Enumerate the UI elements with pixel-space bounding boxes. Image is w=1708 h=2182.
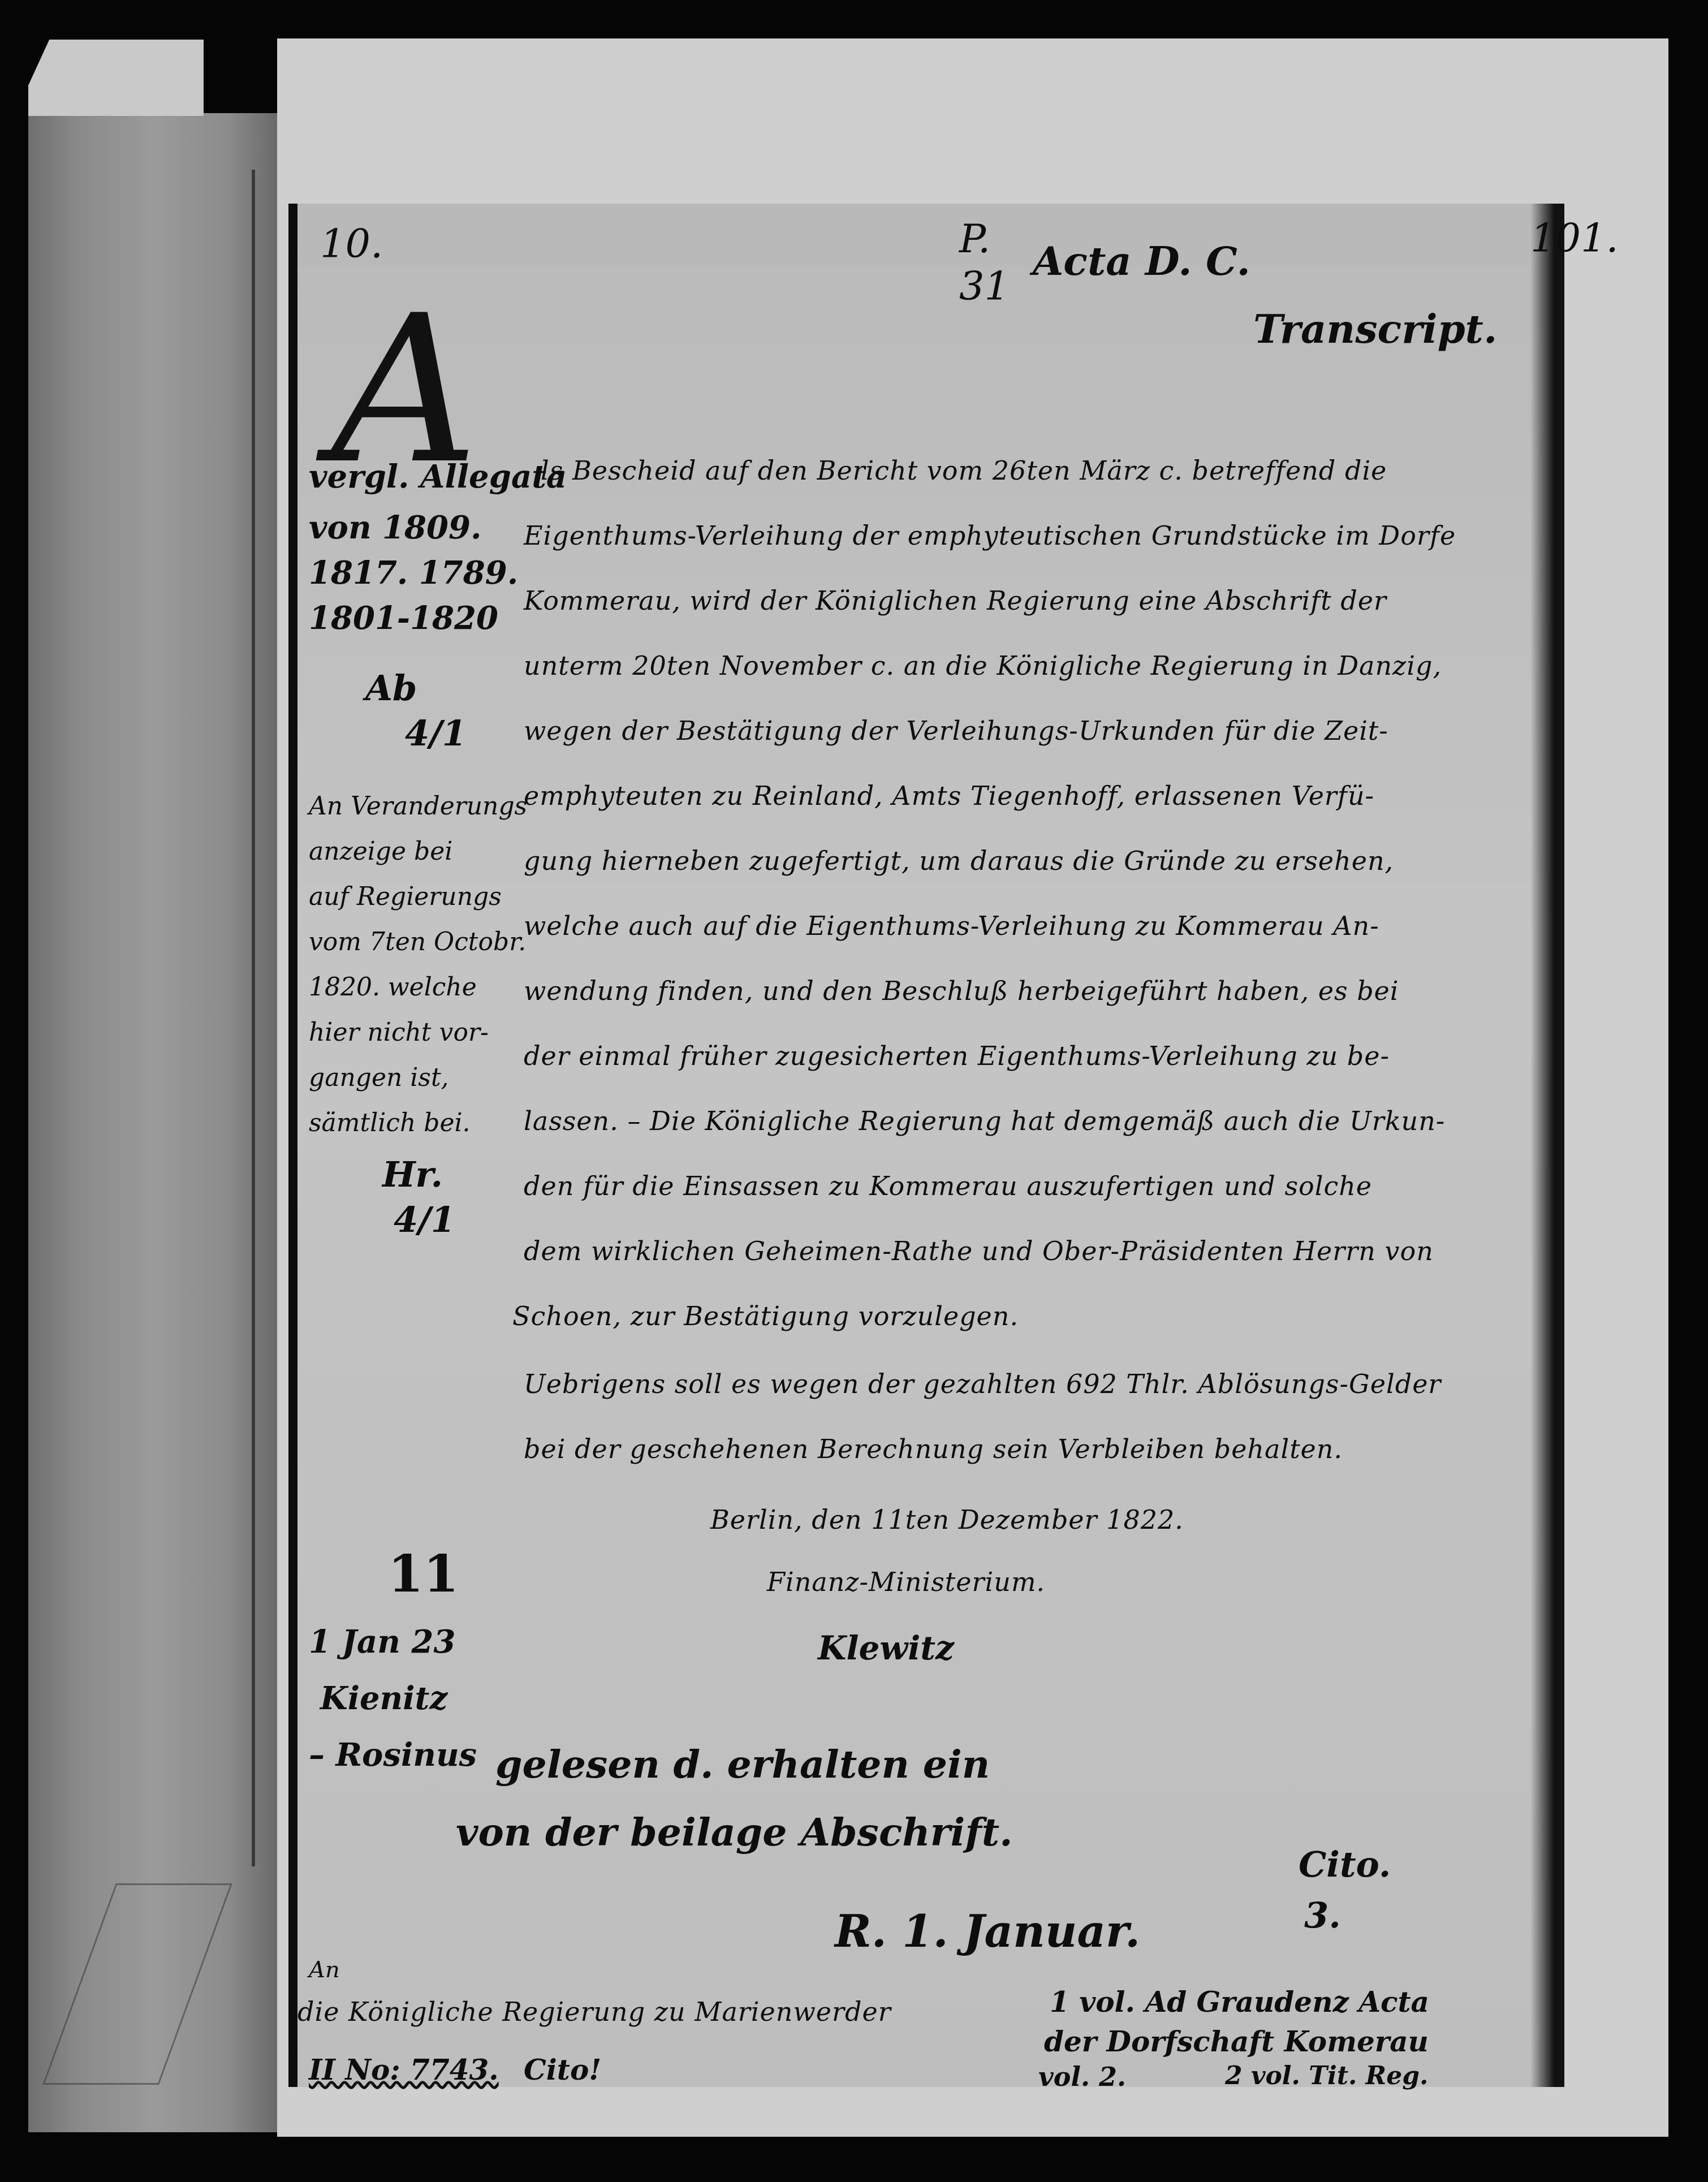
journal-number: II No: 7743. <box>309 2053 499 2086</box>
registry-name-1: Kienitz <box>320 1680 447 1717</box>
margin-note-line: Hr. <box>382 1154 443 1195</box>
margin-note-line: sämtlich bei. <box>309 1109 471 1137</box>
margin-note-line: 1820. welche <box>309 973 477 1002</box>
body-line: Kommerau, wird der Königlichen Regierung… <box>524 585 1387 616</box>
book-binding <box>28 113 277 2132</box>
body-line: unterm 20ten November c. an die Königlic… <box>524 650 1442 681</box>
folio-number-left: 10. <box>320 221 383 267</box>
margin-note-line: vom 7ten Octobr. <box>309 928 526 956</box>
registry-instruction: gelesen d. erhalten ein <box>495 1742 990 1787</box>
body-line: der einmal früher zugesicherten Eigenthu… <box>524 1041 1390 1071</box>
margin-year: von 1809. <box>309 509 481 546</box>
margin-reference: vergl. Allegata <box>309 458 567 495</box>
registry-name-2: – Rosinus <box>309 1736 477 1774</box>
body-line: dem wirklichen Geheimen-Rathe und Ober-P… <box>524 1236 1434 1266</box>
registry-mark: 11 <box>388 1544 459 1604</box>
document-page: 10. 101. P. 31 Acta D. C. Transcript. A … <box>288 204 1559 2087</box>
act-reference: Acta D. C. <box>1033 238 1250 284</box>
address-cito: Cito! <box>524 2053 601 2086</box>
address-salutation: An <box>309 1957 340 1983</box>
address-recipient: die Königliche Regierung zu Marienwerder <box>297 1996 891 2027</box>
margin-note-line: 4/1 <box>394 1199 455 1240</box>
margin-year: 1801-1820 <box>309 600 498 637</box>
body-line: welche auch auf die Eigenthums-Verleihun… <box>524 911 1379 941</box>
body-line: wendung finden, und den Beschluß herbeig… <box>524 976 1399 1006</box>
body-line: Eigenthums-Verleihung der emphyteutische… <box>524 520 1456 551</box>
margin-fraction: 4/1 <box>405 713 467 754</box>
body-line: Schoen, zur Bestätigung vorzulegen. <box>512 1301 1019 1331</box>
margin-note-line: auf Regierungs <box>309 882 502 911</box>
registry-date: 1 Jan 23 <box>309 1623 455 1661</box>
body-line: emphyteuten zu Reinland, Amts Tiegenhoff… <box>524 780 1374 811</box>
body-line: lassen. – Die Königliche Regierung hat d… <box>524 1106 1445 1136</box>
binding-crease <box>252 170 255 1866</box>
signature: Klewitz <box>818 1629 954 1667</box>
registry-number: 3. <box>1304 1895 1341 1936</box>
page-edge-shadow <box>1530 204 1564 2087</box>
body-line: den für die Einsassen zu Kommerau auszuf… <box>524 1171 1372 1201</box>
margin-note-line: anzeige bei <box>309 837 452 866</box>
margin-note-line: gangen ist, <box>309 1063 449 1092</box>
section-title: Transcript. <box>1253 305 1497 352</box>
binding-top-flap <box>28 40 204 116</box>
filing-note-line: vol. 2. <box>1038 2062 1126 2092</box>
ministry-name: Finanz-Ministerium. <box>767 1567 1045 1597</box>
reference-mark: P. 31 <box>959 215 1004 310</box>
filing-note-line: 1 vol. Ad Graudenz Acta <box>1050 1985 1429 2019</box>
margin-note-line: An Veranderungs <box>309 792 527 821</box>
filing-note-line: der Dorfschaft Komerau <box>1044 2025 1429 2058</box>
body-line: ls Bescheid auf den Bericht vom 26ten Mä… <box>541 455 1387 486</box>
body-line: gung hierneben zugefertigt, um daraus di… <box>524 846 1394 876</box>
registry-instruction: von der beilage Abschrift. <box>456 1810 1013 1855</box>
registry-cito: Cito. <box>1299 1844 1391 1885</box>
filing-note-line: 2 vol. Tit. Reg. <box>1225 2062 1428 2090</box>
registry-paraph-date: R. 1. Januar. <box>835 1906 1140 1957</box>
body-line: wegen der Bestätigung der Verleihungs-Ur… <box>524 715 1388 746</box>
body-line: bei der geschehenen Berechnung sein Verb… <box>524 1434 1343 1464</box>
place-date: Berlin, den 11ten Dezember 1822. <box>710 1504 1184 1535</box>
folio-number-right: 101. <box>1530 215 1619 261</box>
margin-paraph: Ab <box>365 667 417 709</box>
margin-note-line: hier nicht vor- <box>309 1018 489 1047</box>
body-line: Uebrigens soll es wegen der gezahlten 69… <box>524 1369 1441 1399</box>
margin-year: 1817. 1789. <box>309 554 518 592</box>
